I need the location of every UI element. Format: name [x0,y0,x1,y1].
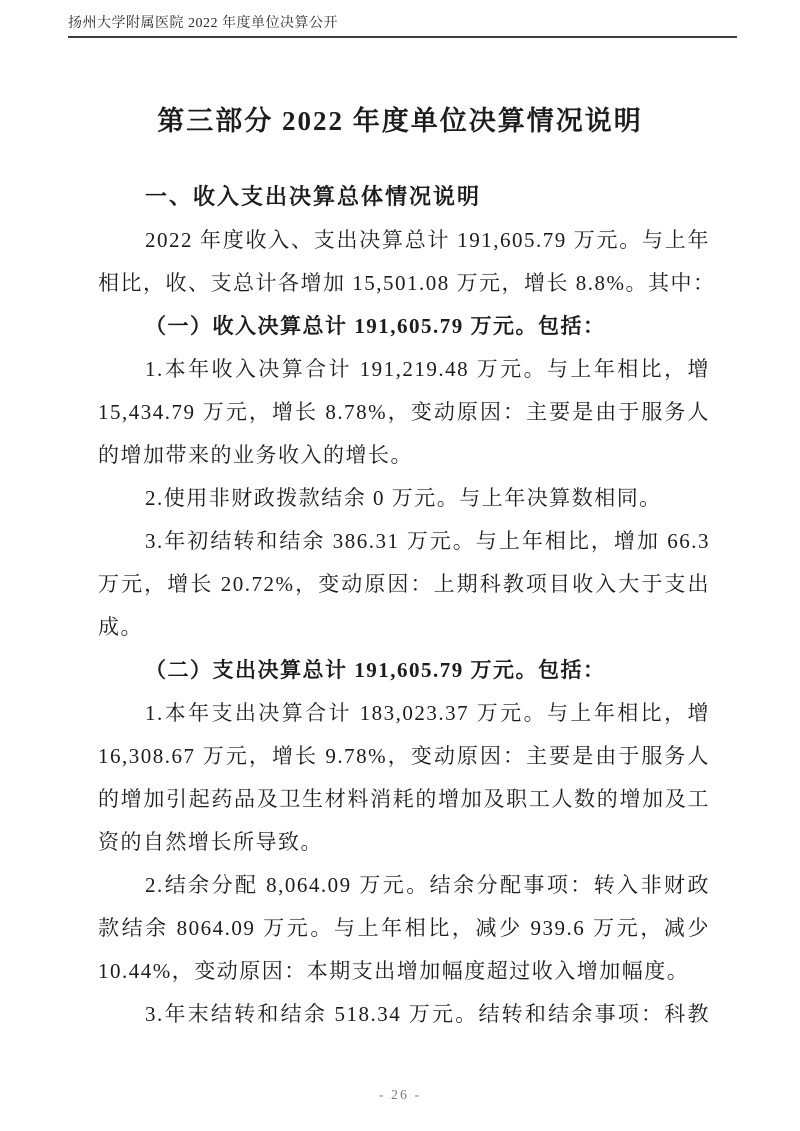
body-line: 3.年末结转和结余 518.34 万元。结转和结余事项：科教项 [98,993,710,1036]
header-rule [68,36,737,38]
body-line: 相比，收、支总计各增加 15,501.08 万元，增长 8.8%。其中： [98,262,710,305]
body-line: 的增加引起药品及卫生材料消耗的增加及职工人数的增加及工 [98,778,710,821]
body-line: 万元，增长 20.72%，变动原因：上期科教项目收入大于支出造 [98,563,710,606]
body-line: 款结余 8064.09 万元。与上年相比，减少 939.6 万元，减少 [98,907,710,950]
document-title: 第三部分 2022 年度单位决算情况说明 [0,99,800,138]
body-line: 2.结余分配 8,064.09 万元。结余分配事项：转入非财政拨 [98,864,710,907]
document-body: 2022 年度收入、支出决算总计 191,605.79 万元。与上年 相比，收、… [98,219,710,1036]
body-line: （二）支出决算总计 191,605.79 万元。包括： [98,649,710,692]
page-number: - 26 - [0,1088,800,1104]
body-line: 1.本年收入决算合计 191,219.48 万元。与上年相比，增加 [98,348,710,391]
body-line: 1.本年支出决算合计 183,023.37 万元。与上年相比，增加 [98,692,710,735]
body-line: 15,434.79 万元，增长 8.78%，变动原因：主要是由于服务人次 [98,391,710,434]
body-line: （一）收入决算总计 191,605.79 万元。包括： [98,305,710,348]
body-line: 16,308.67 万元，增长 9.78%，变动原因：主要是由于服务人次 [98,735,710,778]
body-line: 2022 年度收入、支出决算总计 191,605.79 万元。与上年 [98,219,710,262]
body-line: 10.44%，变动原因：本期支出增加幅度超过收入增加幅度。 [98,950,710,993]
running-header: 扬州大学附属医院 2022 年度单位决算公开 [68,12,338,32]
document-page: 扬州大学附属医院 2022 年度单位决算公开 第三部分 2022 年度单位决算情… [0,0,800,1131]
body-line: 资的自然增长所导致。 [98,821,710,864]
body-line: 2.使用非财政拨款结余 0 万元。与上年决算数相同。 [98,477,710,520]
body-line: 的增加带来的业务收入的增长。 [98,434,710,477]
body-line: 3.年初结转和结余 386.31 万元。与上年相比，增加 66.3 [98,520,710,563]
body-line: 成。 [98,606,710,649]
section-heading: 一、收入支出决算总体情况说明 [145,180,481,211]
